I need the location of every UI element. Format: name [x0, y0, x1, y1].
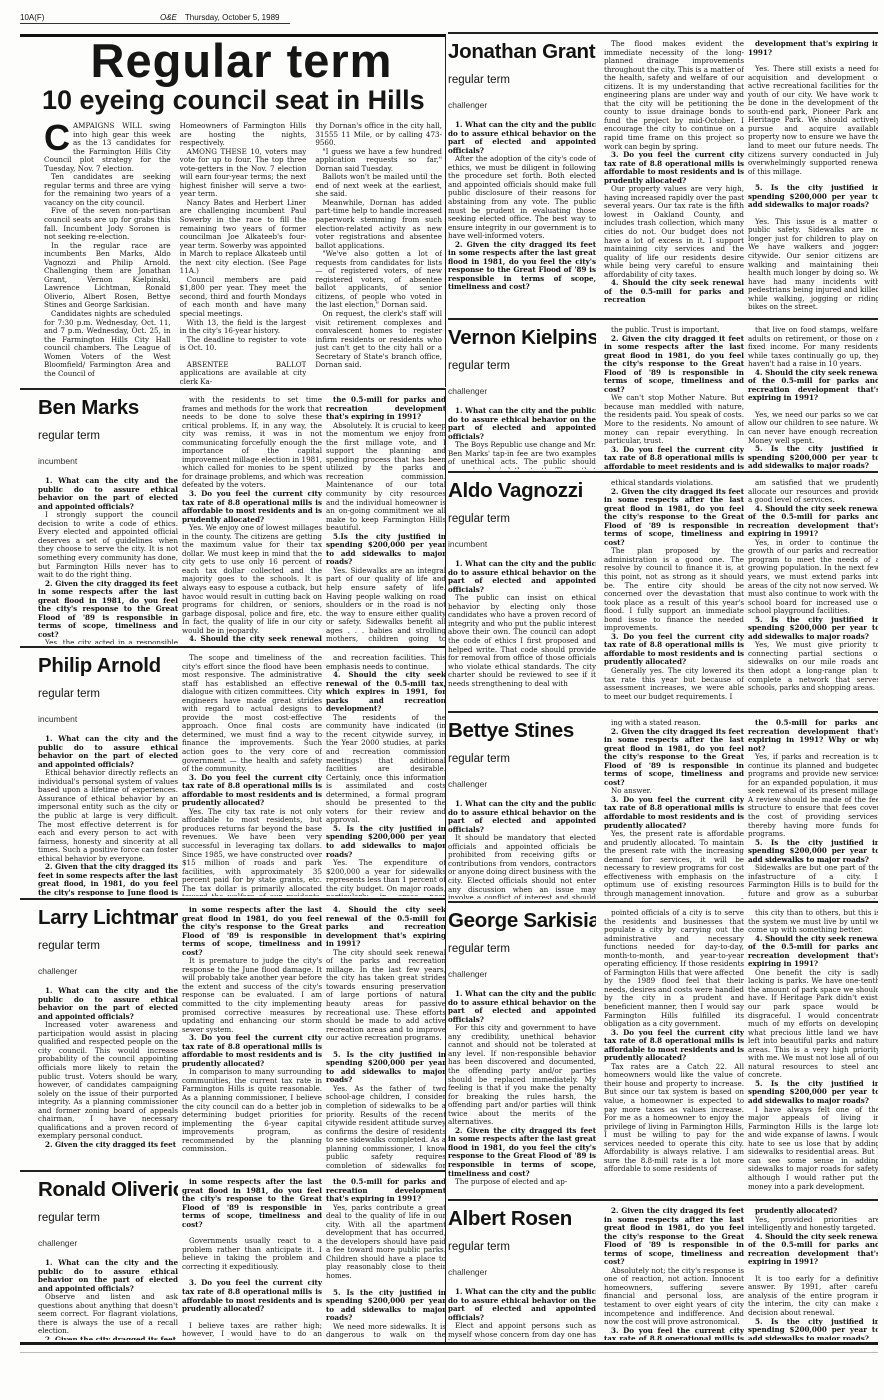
question: 4. Should the city seek renewal of the 0…: [748, 505, 878, 539]
answer: Yes. The city tax rate is not only affor…: [182, 808, 322, 896]
question: 2. Given the city dragged its feet in so…: [448, 1127, 596, 1178]
lead-paragraph: The deadline to register to vote is Oct.…: [180, 336, 307, 353]
subheadline: 10 eyeing council seat in Hills: [42, 85, 442, 115]
answer: The city should seek renewal of the park…: [326, 949, 446, 1043]
candidate-term: regular term: [448, 1243, 596, 1252]
lead-paragraph: Council members are paid $1,800 per year…: [180, 276, 307, 319]
candidate-status: incumbent: [38, 457, 178, 466]
question: 5. Is the city justified in spending $20…: [326, 1051, 446, 1085]
question: 4. Should the city seek renewal of: [604, 898, 744, 899]
lead-paragraph: Meanwhile, Dornan has added part-time he…: [315, 199, 442, 250]
candidate-name: Bettye Stines: [448, 719, 596, 743]
issue-date: Thursday, October 5, 1989: [185, 13, 280, 22]
answer: Tax rates are a Catch 22. All homeowners…: [604, 1063, 744, 1174]
question: the 0.5-mill for parks and recreation de…: [326, 396, 446, 422]
answer: Yes, the city acted in a responsible man…: [38, 639, 178, 644]
candidate-bettye-stines: Bettye Stinesregular termchallenger1. Wh…: [448, 711, 878, 901]
answer: Yes, parks contribute a great deal to th…: [326, 1204, 446, 1281]
candidate-name: Albert Rosen: [448, 1207, 596, 1231]
question: 5. Is the city justified in spending $20…: [326, 1289, 446, 1323]
answer: Yes. The expenditure of $200,000 a year …: [326, 859, 446, 896]
candidate-column-3: the 0.5-mill for parks and recreation de…: [748, 719, 878, 899]
paper-name: O&E: [160, 13, 177, 22]
lead-paragraph: thy Dornan's office in the city hall, 31…: [315, 122, 442, 148]
question: 1. What can the city and the public do t…: [38, 1259, 178, 1293]
candidate-column-1: Ronald Oliverioregular termchallenger1. …: [38, 1178, 178, 1340]
answer: am satisfied that we prudently allocate …: [748, 479, 878, 505]
candidate-column-2: pointed officials of a city is to serve …: [604, 909, 744, 1197]
candidate-column-1: Jonathan Grantregular termchallenger1. W…: [448, 40, 596, 316]
candidate-column-3: am satisfied that we prudently allocate …: [748, 479, 878, 709]
lead-paragraph: In the regular race are incumbents Ben M…: [44, 242, 171, 310]
page-number: 10A(F): [20, 13, 160, 22]
candidate-status: challenger: [448, 780, 596, 789]
question: in some respects after the last great fl…: [182, 906, 322, 957]
question: 1. What can the city and the public do t…: [448, 560, 596, 594]
answer: One benefit the city is sadly lacking is…: [748, 969, 878, 1080]
answer: The purpose of elected and ap-: [448, 1178, 596, 1187]
lead-paragraph: Homeowners of Farmington Hills are hosti…: [180, 122, 307, 148]
candidate-status: incumbent: [38, 715, 178, 724]
answer: with the residents to set time frames an…: [182, 396, 322, 490]
question: 5. Is the city justified in spending $20…: [748, 184, 878, 210]
candidate-status: challenger: [448, 970, 596, 979]
answer: We can't stop Mother Nature. But because…: [604, 394, 744, 445]
candidate-term: regular term: [448, 362, 596, 371]
question: 4. Should the city seek renewal of: [182, 635, 322, 644]
candidate-column-2: with the residents to set time frames an…: [182, 396, 322, 644]
answer: The public can insist on ethical behavio…: [448, 594, 596, 688]
answer: We need more sidewalks. It is dangerous …: [326, 1323, 446, 1340]
question: 2. Given the city dragged its feet in so…: [448, 241, 596, 292]
answer: For this city and government to have any…: [448, 1024, 596, 1127]
candidate-status: challenger: [448, 101, 596, 110]
question: 3. Do you feel the current city tax rate…: [182, 490, 322, 524]
candidate-name: Vernon Kielpinski: [448, 326, 596, 350]
candidate-column-3: the 0.5-mill for parks and recreation de…: [326, 1178, 446, 1340]
headline: Regular term: [44, 36, 439, 86]
candidate-aldo-vagnozzi: Aldo Vagnozziregular termincumbent1. Wha…: [448, 471, 878, 711]
answer: It is premature to judge the city's resp…: [182, 957, 322, 1034]
answer: Yes. Sidewalks are an integral part of o…: [326, 567, 446, 644]
candidate-status: challenger: [448, 1268, 596, 1277]
candidate-name: George Sarkisian: [448, 909, 596, 933]
question: 1. What can the city and the public do t…: [448, 407, 596, 441]
candidate-status: challenger: [38, 967, 178, 976]
question: 5. Is the city justified in spending $20…: [748, 445, 878, 469]
question: 1. What can the city and the public do t…: [448, 800, 596, 834]
lead-column-3: thy Dornan's office in the city hall, 31…: [315, 122, 442, 384]
answer: The residents of the community have indi…: [326, 714, 446, 825]
lead-paragraph: "We've also gotten a lot of requests fro…: [315, 250, 442, 310]
question: 5. Is the city justified in spending $20…: [748, 1080, 878, 1106]
question: 3. Do you feel the current city tax rate…: [182, 1279, 322, 1313]
candidate-column-2: The scope and timeliness of the city's e…: [182, 654, 322, 896]
candidate-column-2: in some respects after the last great fl…: [182, 906, 322, 1168]
answer: Elect and appoint persons such as myself…: [448, 1322, 596, 1340]
question: 5. Is the city justified in spending $20…: [748, 616, 878, 642]
question: 4. Should the city seek renewal of the 0…: [748, 1233, 878, 1267]
question: 5. Is the city justified in spending $20…: [748, 1318, 878, 1340]
answer: Absolutely not; the city's response is o…: [604, 1267, 744, 1327]
candidate-status: challenger: [38, 1239, 178, 1248]
answer: Yes. There still exists a need for acqui…: [748, 65, 878, 176]
candidate-jonathan-grant: Jonathan Grantregular termchallenger1. W…: [448, 32, 878, 318]
question: 2. Given that the city dragged its feet …: [38, 863, 178, 896]
answer: After the adoption of the city's code of…: [448, 155, 596, 240]
question: 3. Do you feel the current city tax rate…: [604, 446, 744, 469]
candidate-column-3: development that's expiring in 1991?Yes.…: [748, 40, 878, 316]
answer: I believe taxes are rather high; however…: [182, 1322, 322, 1340]
answer: Ethical behavior directly reflects an in…: [38, 769, 178, 863]
answer: Yes, the present rate is affordable and …: [604, 830, 744, 898]
answer: It should be mandatory that elected offi…: [448, 834, 596, 899]
candidate-name: Larry Lichtman: [38, 906, 178, 930]
question: 3. Do you feel the current city tax rate…: [604, 1327, 744, 1340]
candidate-name: Ben Marks: [38, 396, 178, 420]
candidate-philip-arnold: Philip Arnoldregular termincumbent1. Wha…: [20, 646, 446, 898]
candidate-term: regular term: [448, 945, 596, 954]
question: 2. Given the city dragged its feet: [38, 1336, 178, 1340]
question: 4. Should the city seek renewal of the 0…: [748, 369, 878, 403]
candidate-term: regular term: [38, 942, 178, 951]
candidate-column-1: Aldo Vagnozziregular termincumbent1. Wha…: [448, 479, 596, 709]
question: 5. Is the city justified in spending $20…: [748, 839, 878, 865]
question: 1. What can the city and the public do t…: [448, 121, 596, 155]
answer: Yes, provided priorities are intelligent…: [748, 1216, 878, 1233]
answer: Yes. As the father of two school-age chi…: [326, 1085, 446, 1168]
candidate-column-2: ethical standards violations.2. Given th…: [604, 479, 744, 709]
answer: and recreation facilities. This emphasis…: [326, 654, 446, 671]
answer: Absolutely. It is crucial to keep the mo…: [326, 422, 446, 533]
candidate-column-3: this city than to others, but this is th…: [748, 909, 878, 1197]
lead-paragraph: Candidates nights are scheduled for 7:30…: [44, 310, 171, 378]
question: 3. Do you feel the current city tax rate…: [182, 1034, 322, 1068]
candidate-name: Aldo Vagnozzi: [448, 479, 596, 503]
answer: It is too early for a definitive answer.…: [748, 1275, 878, 1318]
candidate-column-2: the public. Trust is important.2. Given …: [604, 326, 744, 469]
question: 2. Given the city dragged its feet in so…: [604, 488, 744, 548]
answer: In comparison to many surrounding commun…: [182, 1068, 322, 1153]
lead-paragraph: With 13, the field is the largest in the…: [180, 319, 307, 336]
question: 3. Do you feel the current city tax rate…: [604, 633, 744, 667]
answer: I have always felt one of the major appe…: [748, 1106, 878, 1191]
answer: Increased voter awareness and participat…: [38, 1021, 178, 1141]
question: 2. Given the city dragged it feet in som…: [604, 335, 744, 395]
answer: I strongly support the council decision …: [38, 511, 178, 579]
candidate-term: regular term: [38, 1214, 178, 1223]
bottom-rule-thin: [20, 1352, 878, 1353]
question: 4. Should the city seek renewal of the 0…: [326, 906, 446, 949]
lead-paragraph: Ten candidates are seeking regular terms…: [44, 173, 171, 207]
candidate-ben-marks: Ben Marksregular termincumbent1. What ca…: [20, 388, 446, 646]
candidate-column-2: 2. Given the city dragged its feet in so…: [604, 1207, 744, 1340]
question: development that's expiring in 1991?: [748, 40, 878, 57]
candidate-column-2: in some respects after the last great fl…: [182, 1178, 322, 1340]
answer: The scope and timeliness of the city's e…: [182, 654, 322, 774]
answer: Sidewalks are but one part of the infast…: [748, 864, 878, 899]
question: 1. What can the city and the public do t…: [38, 477, 178, 511]
question: 1. What can the city and the public do t…: [38, 987, 178, 1021]
lead-paragraph: Ballots won't be mailed until the end of…: [315, 173, 442, 199]
page-folio: 10A(F) O&E Thursday, October 5, 1989: [20, 10, 290, 24]
question: 4. Should the city seek renewal of the 0…: [604, 279, 744, 305]
answer: Generally yes. The city lowered its tax …: [604, 667, 744, 701]
answer: this city than to others, but this is th…: [748, 909, 878, 935]
candidate-albert-rosen: Albert Rosenregular termchallenger1. Wha…: [448, 1199, 878, 1342]
answer: Yes. We enjoy one of lowest millages in …: [182, 524, 322, 635]
answer: Yes, if parks and recreation is to conti…: [748, 753, 878, 838]
lead-paragraph: Five of the seven non-partisan council s…: [44, 207, 171, 241]
question: 5. Is the city justified in spending $20…: [326, 825, 446, 859]
candidate-column-1: Vernon Kielpinskiregular termchallenger1…: [448, 326, 596, 469]
dropcap: C: [44, 123, 70, 153]
question: 5.Is the city justified in spending $200…: [326, 533, 446, 567]
candidate-name: Philip Arnold: [38, 654, 178, 678]
answer: Yes, in order to continue the growth of …: [748, 539, 878, 616]
question: 1. What can the city and the public do t…: [38, 735, 178, 769]
question: 2. Given the city dragged its feet in so…: [604, 728, 744, 788]
lead-paragraph: AMONG THESE 10, voters may vote for up t…: [180, 148, 307, 199]
answer: Observe and listen and ask questions abo…: [38, 1293, 178, 1336]
lead-paragraph: On request, the clerk's staff will visit…: [315, 310, 442, 370]
candidate-ronald-oliverio: Ronald Oliverioregular termchallenger1. …: [20, 1170, 446, 1342]
candidate-term: regular term: [448, 755, 596, 764]
answer: The plan proposed by the administration …: [604, 547, 744, 632]
question: 3. Do you feel the current city tax rate…: [604, 796, 744, 830]
question: 4. Should the city seek renewal of the 0…: [326, 671, 446, 714]
question: 2. Given the city dragged its feet: [38, 1141, 178, 1150]
candidate-larry-lichtman: Larry Lichtmanregular termchallenger1. W…: [20, 898, 446, 1170]
candidate-name: Jonathan Grant: [448, 40, 596, 64]
lead-paragraph: Nancy Bates and Herbert Liner are challe…: [180, 199, 307, 276]
candidate-george-sarkisian: George Sarkisianregular termchallenger1.…: [448, 901, 878, 1199]
candidate-term: regular term: [38, 690, 178, 699]
candidate-column-3: the 0.5-mill for parks and recreation de…: [326, 396, 446, 644]
candidate-status: incumbent: [448, 540, 596, 549]
bottom-rule: [20, 1342, 878, 1345]
candidate-status: challenger: [448, 387, 596, 396]
answer: The Boys Republic use change and Mr. Ben…: [448, 441, 596, 469]
question: 3. Do you feel the current city tax rate…: [182, 774, 322, 808]
candidate-column-2: The flood makes evident the immediate ne…: [604, 40, 744, 316]
question: 1. What can the city and the public do t…: [448, 1288, 596, 1322]
lead-paragraph: "I guess we have a few hundred applicati…: [315, 148, 442, 174]
answer: Yes, We must give priority to connecting…: [748, 641, 878, 692]
candidate-column-2: ing with a stated reason.2. Given the ci…: [604, 719, 744, 899]
answer: pointed officials of a city is to serve …: [604, 909, 744, 1029]
lead-column-2: Homeowners of Farmington Hills are hosti…: [180, 122, 307, 384]
question: 3. Do you feel the current city tax rate…: [604, 151, 744, 185]
candidate-column-1: Ben Marksregular termincumbent1. What ca…: [38, 396, 178, 644]
answer: Our property values are very high, havin…: [604, 185, 744, 279]
answer: that live on food stamps, welfare, adult…: [748, 326, 878, 369]
answer: The flood makes evident the immediate ne…: [604, 40, 744, 151]
question: 4. Should the city seek renewal of the 0…: [748, 935, 878, 969]
lead-story-columns: CAMPAIGNS WILL swing into high gear this…: [44, 122, 442, 384]
candidate-term: regular term: [448, 76, 596, 85]
answer: Yes. This issue is a matter of public sa…: [748, 218, 878, 312]
lead-column-1: CAMPAIGNS WILL swing into high gear this…: [44, 122, 171, 384]
question: 2. Given the city dragged its feet in so…: [604, 1207, 744, 1267]
question: 3. Do you feel the current city tax rate…: [604, 1029, 744, 1063]
candidate-column-1: Albert Rosenregular termchallenger1. Wha…: [448, 1207, 596, 1340]
candidate-column-1: Larry Lichtmanregular termchallenger1. W…: [38, 906, 178, 1168]
question: 1. What can the city and the public do t…: [448, 990, 596, 1024]
question: the 0.5-mill for parks and recreation de…: [748, 719, 878, 753]
candidate-name: Ronald Oliverio: [38, 1178, 178, 1202]
candidate-column-3: and recreation facilities. This emphasis…: [326, 654, 446, 896]
candidate-term: regular term: [448, 515, 596, 524]
question: 2. Given the city dragged its feet in so…: [38, 580, 178, 640]
candidate-vernon-kielpinski: Vernon Kielpinskiregular termchallenger1…: [448, 318, 878, 471]
candidate-column-1: Philip Arnoldregular termincumbent1. Wha…: [38, 654, 178, 896]
candidate-column-1: Bettye Stinesregular termchallenger1. Wh…: [448, 719, 596, 899]
candidate-column-3: that live on food stamps, welfare, adult…: [748, 326, 878, 469]
answer: Yes, we need our parks so we can allow o…: [748, 411, 878, 445]
question: the 0.5-mill for parks and recreation de…: [326, 1178, 446, 1204]
candidate-column-3: 4. Should the city seek renewal of the 0…: [326, 906, 446, 1168]
candidate-column-3: prudently allocated?Yes, provided priori…: [748, 1207, 878, 1340]
lead-paragraph: ABSENTEE BALLOT applications are availab…: [180, 361, 307, 384]
question: in some respects after the last great fl…: [182, 1178, 322, 1229]
candidate-term: regular term: [38, 432, 178, 441]
answer: Governments usually react to a problem r…: [182, 1237, 322, 1271]
candidate-column-1: George Sarkisianregular termchallenger1.…: [448, 909, 596, 1197]
